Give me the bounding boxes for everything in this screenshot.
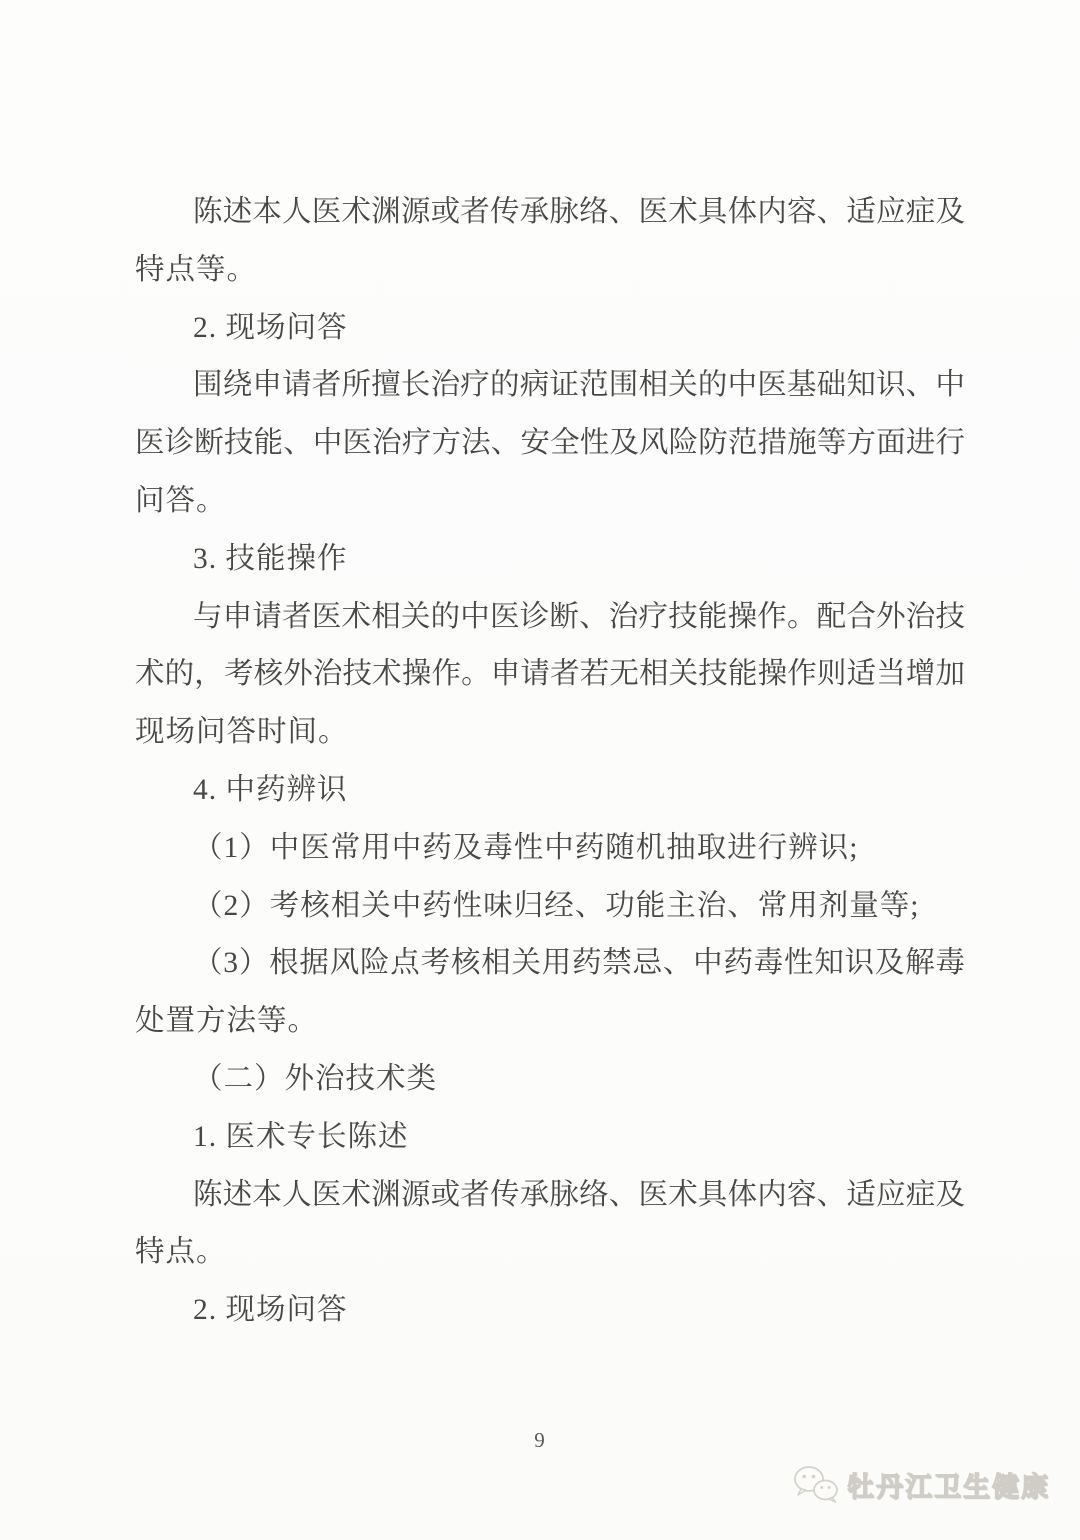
wechat-icon [792, 1464, 840, 1504]
document-line: 1. 医术专长陈述 [135, 1109, 965, 1167]
document-body: 陈述本人医术渊源或者传承脉络、医术具体内容、适应症及特点等。2. 现场问答围绕申… [135, 184, 965, 1340]
document-line: 2. 现场问答 [135, 1282, 965, 1340]
document-line: 陈述本人医术渊源或者传承脉络、医术具体内容、适应症及 [135, 184, 965, 242]
document-line: 现场问答时间。 [135, 704, 965, 762]
document-line: 特点等。 [135, 242, 965, 300]
page-number: 9 [0, 1428, 1080, 1453]
document-line: 处置方法等。 [135, 993, 965, 1051]
document-line: （1）中医常用中药及毒性中药随机抽取进行辨识; [135, 820, 965, 878]
document-line: 4. 中药辨识 [135, 762, 965, 820]
document-line: 3. 技能操作 [135, 531, 965, 589]
document-line: 围绕申请者所擅长治疗的病证范围相关的中医基础知识、中 [135, 357, 965, 415]
document-page: 陈述本人医术渊源或者传承脉络、医术具体内容、适应症及特点等。2. 现场问答围绕申… [0, 0, 1080, 1540]
document-line: 与申请者医术相关的中医诊断、治疗技能操作。配合外治技 [135, 589, 965, 647]
document-line: （二）外治技术类 [135, 1051, 965, 1109]
document-line: （2）考核相关中药性味归经、功能主治、常用剂量等; [135, 878, 965, 936]
document-line: 2. 现场问答 [135, 300, 965, 358]
document-line: 医诊断技能、中医治疗方法、安全性及风险防范措施等方面进行 [135, 415, 965, 473]
document-line: 术的，考核外治技术操作。申请者若无相关技能操作则适当增加 [135, 646, 965, 704]
document-line: 陈述本人医术渊源或者传承脉络、医术具体内容、适应症及 [135, 1167, 965, 1225]
document-line: （3）根据风险点考核相关用药禁忌、中药毒性知识及解毒 [135, 935, 965, 993]
document-line: 问答。 [135, 473, 965, 531]
document-line: 特点。 [135, 1224, 965, 1282]
watermark-label: 牡丹江卫生健康 [847, 1465, 1050, 1504]
watermark: 牡丹江卫生健康 [792, 1464, 1050, 1504]
